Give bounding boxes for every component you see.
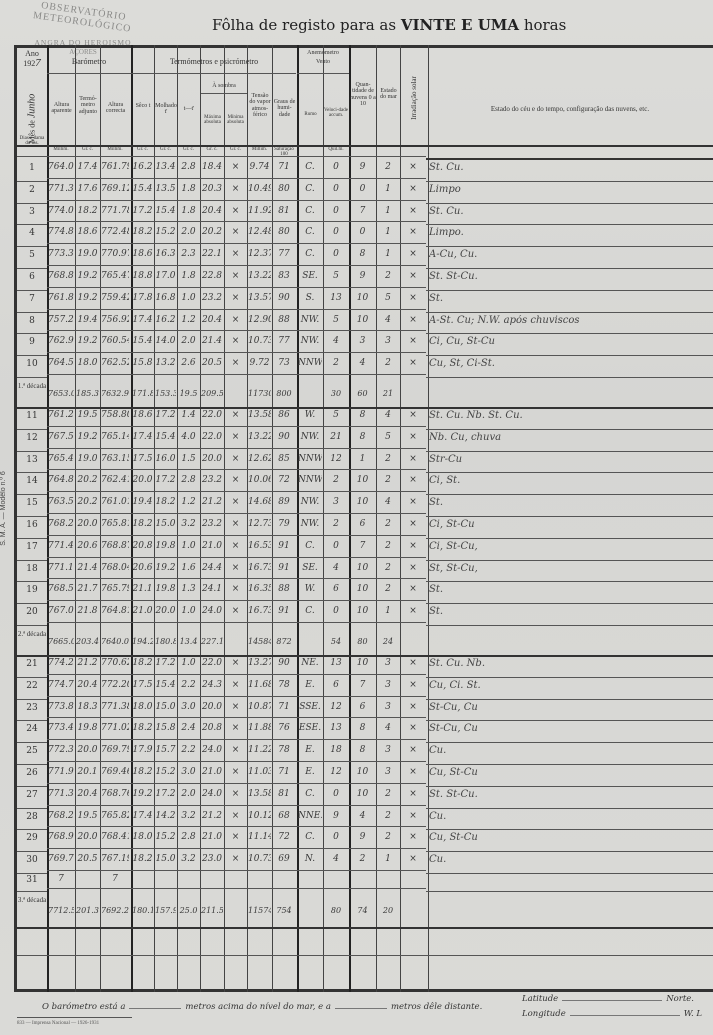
cell-irr: × — [401, 702, 425, 712]
cell-mar: 2 — [377, 832, 399, 842]
title-suffix: horas — [524, 16, 567, 34]
cell-alt-ap: 7 — [48, 874, 74, 884]
cell-term: 19.8 — [76, 723, 99, 733]
row-divider — [426, 891, 713, 892]
cell-molh: 13.2 — [155, 358, 176, 368]
cell-mar: 4 — [377, 315, 399, 325]
cell-max: 23.0 — [201, 854, 223, 864]
decade-total-tensao: 11730 — [248, 389, 271, 398]
cell-nuv: 8 — [350, 745, 375, 755]
cell-mar: 2 — [377, 541, 399, 551]
decade-total-seco: 171.8 — [132, 389, 153, 398]
day-number: 2 — [17, 185, 47, 195]
cell-nuv: 8 — [350, 410, 375, 420]
cell-alt-ap: 767.00 — [48, 606, 74, 616]
cell-dif: 1.4 — [178, 410, 199, 420]
cell-rumo: W. — [298, 584, 322, 594]
cell-rumo: E. — [298, 745, 322, 755]
days-label: Dias e dama do ins. — [18, 136, 46, 147]
cell-tensao: 11.88 — [248, 723, 271, 733]
cell-alt-ap: 762.90 — [48, 336, 74, 346]
cell-obs: Ci, St-Cu — [429, 519, 712, 530]
cell-irr: × — [401, 832, 425, 842]
day-number: 14 — [17, 476, 47, 486]
cell-term: 19.0 — [76, 249, 99, 259]
cell-mar: 4 — [377, 723, 399, 733]
cell-irr: × — [401, 271, 425, 281]
cell-alt-corr: 7 — [101, 874, 129, 884]
day-number: 10 — [17, 359, 47, 369]
day-number: 22 — [17, 681, 47, 691]
cell-molh: 17.2 — [155, 410, 176, 420]
model-code: S. M. A. — Modêlo n.º 6 — [0, 471, 7, 546]
row-divider — [426, 377, 713, 378]
cell-nuv: 4 — [350, 358, 375, 368]
cell-nuv: 10 — [350, 315, 375, 325]
cell-obs: Cu, St-Cu — [429, 832, 712, 843]
cell-hum: 88 — [273, 584, 295, 594]
cell-vel: 21 — [324, 432, 348, 442]
cell-mar: 2 — [377, 475, 399, 485]
cell-vel: 0 — [324, 606, 348, 616]
cell-min: × — [225, 658, 246, 668]
cell-vel: 5 — [324, 271, 348, 281]
cell-vel: 0 — [324, 184, 348, 194]
cell-mar: 4 — [377, 497, 399, 507]
cell-hum: 73 — [273, 358, 295, 368]
cell-term: 19.2 — [76, 293, 99, 303]
cell-seco: 15.4 — [132, 184, 153, 194]
cell-irr: × — [401, 475, 425, 485]
cell-irr: × — [401, 249, 425, 259]
cell-hum: 85 — [273, 454, 295, 464]
cell-molh: 14.2 — [155, 811, 176, 821]
cell-min: × — [225, 497, 246, 507]
cell-min: × — [225, 680, 246, 690]
cell-seco: 17.9 — [132, 745, 153, 755]
cell-hum: 78 — [273, 680, 295, 690]
cell-molh: 13.4 — [155, 162, 176, 172]
cell-min: × — [225, 811, 246, 821]
decade-total-alt-corr: 7632.9 — [101, 389, 129, 398]
cell-mar: 3 — [377, 767, 399, 777]
difference-header: t—t' — [178, 106, 200, 112]
cell-rumo: C. — [298, 606, 322, 616]
cell-alt-corr: 760.54 — [101, 336, 129, 346]
cell-hum: 79 — [273, 519, 295, 529]
cell-term: 19.5 — [76, 410, 99, 420]
decade-total-mar: 20 — [377, 906, 399, 915]
cell-hum: 72 — [273, 832, 295, 842]
cell-nuv: 1 — [350, 454, 375, 464]
cell-obs: St. — [429, 584, 712, 595]
cell-mar: 1 — [377, 249, 399, 259]
cell-nuv: 7 — [350, 206, 375, 216]
cell-dif: 1.3 — [178, 584, 199, 594]
cell-hum: 71 — [273, 162, 295, 172]
decade-total-tensao: 11574 — [248, 906, 271, 915]
cell-molh: 17.2 — [155, 789, 176, 799]
day-number: 31 — [17, 875, 47, 885]
direction-header: Rumo — [298, 112, 323, 117]
wet-header: Molhado t' — [155, 103, 177, 116]
cell-dif: 4.0 — [178, 432, 199, 442]
day-number: 4 — [17, 228, 47, 238]
cell-min: × — [225, 271, 246, 281]
decade-total-dif: 13.4 — [178, 637, 199, 646]
cell-irr: × — [401, 767, 425, 777]
cell-min: × — [225, 541, 246, 551]
cell-obs: Cu. — [429, 854, 712, 865]
cell-hum: 81 — [273, 206, 295, 216]
cell-max: 23.2 — [201, 293, 223, 303]
cell-nuv: 0 — [350, 227, 375, 237]
cell-max: 24.3 — [201, 680, 223, 690]
cell-term: 20.0 — [76, 832, 99, 842]
cell-seco: 17.4 — [132, 811, 153, 821]
cell-irr: × — [401, 206, 425, 216]
cell-seco: 17.8 — [132, 293, 153, 303]
day-number: 16 — [17, 520, 47, 530]
cell-mar: 1 — [377, 854, 399, 864]
day-number: 26 — [17, 768, 47, 778]
cell-hum: 71 — [273, 702, 295, 712]
cell-rumo: C. — [298, 541, 322, 551]
cell-mar: 3 — [377, 336, 399, 346]
cell-dif: 1.0 — [178, 606, 199, 616]
cell-term: 19.0 — [76, 454, 99, 464]
cell-nuv: 7 — [350, 680, 375, 690]
cell-max: 20.3 — [201, 184, 223, 194]
row-divider — [17, 955, 713, 956]
decade-total-hum: 754 — [273, 906, 295, 915]
cell-alt-ap: 774.05 — [48, 206, 74, 216]
humidity-header: Graus de humi-dade — [273, 99, 296, 118]
cell-term: 20.0 — [76, 745, 99, 755]
cell-max: 23.2 — [201, 519, 223, 529]
cell-min: × — [225, 315, 246, 325]
cell-tensao: 12.90 — [248, 315, 271, 325]
cell-mar: 5 — [377, 293, 399, 303]
cell-alt-corr: 769.46 — [101, 767, 129, 777]
cell-dif: 3.2 — [178, 811, 199, 821]
day-number: 12 — [17, 433, 47, 443]
cell-obs: St. — [429, 606, 712, 617]
cell-tensao: 12.48 — [248, 227, 271, 237]
day-number: 6 — [17, 272, 47, 282]
cell-molh: 16.8 — [155, 293, 176, 303]
cell-min: × — [225, 227, 246, 237]
cell-vel: 2 — [324, 358, 348, 368]
cell-min: × — [225, 584, 246, 594]
cell-vel: 9 — [324, 811, 348, 821]
decade-total-term: 203.4 — [76, 637, 99, 646]
cell-alt-ap: 774.75 — [48, 680, 74, 690]
cell-alt-ap: 768.25 — [48, 811, 74, 821]
cell-molh: 13.5 — [155, 184, 176, 194]
cell-nuv: 9 — [350, 271, 375, 281]
day-number: 19 — [17, 585, 47, 595]
cell-seco: 18.2 — [132, 723, 153, 733]
cell-hum: 91 — [273, 541, 295, 551]
cell-alt-ap: 764.80 — [48, 475, 74, 485]
unit-label: Gr. c. — [154, 147, 177, 152]
cell-alt-corr: 770.62 — [101, 658, 129, 668]
cell-alt-corr: 756.92 — [101, 315, 129, 325]
cell-obs: St-Cu, Cu — [429, 702, 712, 713]
cell-rumo: NNW. — [298, 358, 322, 368]
cell-alt-ap: 773.40 — [48, 723, 74, 733]
cell-seco: 16.2 — [132, 162, 153, 172]
cell-tensao: 16.53 — [248, 541, 271, 551]
cell-irr: × — [401, 563, 425, 573]
cell-seco: 20.8 — [132, 541, 153, 551]
cell-vel: 0 — [324, 162, 348, 172]
cell-dif: 2.0 — [178, 227, 199, 237]
cell-alt-ap: 764.00 — [48, 162, 74, 172]
cell-min: × — [225, 475, 246, 485]
cell-dif: 3.0 — [178, 702, 199, 712]
cell-tensao: 9.72 — [248, 358, 271, 368]
cell-mar: 2 — [377, 162, 399, 172]
cell-nuv: 6 — [350, 702, 375, 712]
unit-label: Millim. — [100, 147, 130, 152]
cell-min: × — [225, 358, 246, 368]
cell-alt-ap: 771.90 — [48, 767, 74, 777]
decade-total-alt-corr: 7640.0 — [101, 637, 129, 646]
row-divider — [17, 927, 713, 929]
cell-seco: 20.0 — [132, 475, 153, 485]
cell-obs: A-St. Cu; N.W. após chuviscos — [429, 315, 712, 326]
cell-rumo: SE. — [298, 563, 322, 573]
cell-obs: Cu. — [429, 811, 712, 822]
cell-alt-ap: 771.30 — [48, 789, 74, 799]
cell-rumo: SE. — [298, 271, 322, 281]
imprint: 833 — Imprensa Nacional — 1926-1931 — [17, 1021, 99, 1026]
cell-alt-corr: 771.78 — [101, 206, 129, 216]
cell-irr: × — [401, 454, 425, 464]
day-number: 25 — [17, 746, 47, 756]
cell-alt-corr: 772.20 — [101, 680, 129, 690]
cell-tensao: 11.68 — [248, 680, 271, 690]
cell-nuv: 10 — [350, 497, 375, 507]
cell-seco: 18.2 — [132, 854, 153, 864]
decade-total-dif: 25.0 — [178, 906, 199, 915]
cell-seco: 21.1 — [132, 584, 153, 594]
cell-molh: 19.8 — [155, 541, 176, 551]
day-number: 27 — [17, 790, 47, 800]
cell-vel: 5 — [324, 410, 348, 420]
cell-nuv: 10 — [350, 584, 375, 594]
cell-irr: × — [401, 789, 425, 799]
decade-label: 1.ª década — [17, 383, 47, 391]
cell-tensao: 9.74 — [248, 162, 271, 172]
cell-alt-ap: 773.80 — [48, 702, 74, 712]
cell-vel: 12 — [324, 702, 348, 712]
cell-term: 19.5 — [76, 811, 99, 821]
cell-mar: 2 — [377, 271, 399, 281]
cell-tensao: 16.73 — [248, 606, 271, 616]
cell-irr: × — [401, 162, 425, 172]
cell-nuv: 6 — [350, 519, 375, 529]
cell-hum: 80 — [273, 227, 295, 237]
cell-dif: 1.0 — [178, 293, 199, 303]
cell-max: 20.5 — [201, 358, 223, 368]
cell-alt-corr: 765.79 — [101, 584, 129, 594]
cell-max: 24.0 — [201, 789, 223, 799]
cell-rumo: C. — [298, 206, 322, 216]
cell-mar: 5 — [377, 432, 399, 442]
cell-obs: St. St-Cu. — [429, 271, 712, 282]
cell-irr: × — [401, 519, 425, 529]
cell-mar: 1 — [377, 206, 399, 216]
cell-tensao: 10.49 — [248, 184, 271, 194]
cell-max: 18.4 — [201, 162, 223, 172]
cell-min: × — [225, 336, 246, 346]
cell-nuv: 10 — [350, 563, 375, 573]
cell-hum: 83 — [273, 271, 295, 281]
cell-obs: Ci, St. — [429, 475, 712, 486]
cell-term: 18.2 — [76, 206, 99, 216]
row-divider — [17, 377, 47, 378]
cell-term: 19.2 — [76, 432, 99, 442]
cell-tensao: 13.22 — [248, 432, 271, 442]
cell-mar: 2 — [377, 789, 399, 799]
cell-rumo: NW. — [298, 497, 322, 507]
cell-vel: 2 — [324, 519, 348, 529]
day-number: 3 — [17, 207, 47, 217]
cell-term: 21.4 — [76, 563, 99, 573]
cell-dif: 1.0 — [178, 658, 199, 668]
cell-molh: 17.2 — [155, 658, 176, 668]
cell-tensao: 10.12 — [248, 811, 271, 821]
cell-alt-ap: 768.85 — [48, 271, 74, 281]
vapour-tension-header: Tensão do vapor atmos-férico — [248, 93, 272, 118]
cell-hum: 90 — [273, 658, 295, 668]
cell-molh: 19.8 — [155, 584, 176, 594]
shade-header: À sombra — [201, 83, 247, 89]
cell-alt-corr: 769.79 — [101, 745, 129, 755]
cell-tensao: 13.58 — [248, 789, 271, 799]
cell-nuv: 10 — [350, 789, 375, 799]
cell-irr: × — [401, 497, 425, 507]
cell-rumo: NW. — [298, 336, 322, 346]
cell-max: 20.0 — [201, 702, 223, 712]
cell-hum: 91 — [273, 563, 295, 573]
cell-rumo: W. — [298, 410, 322, 420]
cell-seco: 17.4 — [132, 315, 153, 325]
cell-rumo: ESE. — [298, 723, 322, 733]
corrected-height-header: Altura correcta — [101, 102, 130, 115]
cell-alt-ap: 768.20 — [48, 519, 74, 529]
cell-vel: 6 — [324, 584, 348, 594]
cell-alt-ap: 761.80 — [48, 293, 74, 303]
cell-term: 20.2 — [76, 497, 99, 507]
sky-state-header: Estado do céu e do tempo, configuração d… — [430, 106, 710, 113]
cell-seco: 18.2 — [132, 227, 153, 237]
cell-term: 21.2 — [76, 658, 99, 668]
cell-max: 22.0 — [201, 410, 223, 420]
cell-obs: Cu, St, Ci-St. — [429, 358, 712, 369]
cell-max: 22.0 — [201, 432, 223, 442]
cell-alt-ap: 774.25 — [48, 658, 74, 668]
cell-rumo: E. — [298, 767, 322, 777]
row-divider — [17, 891, 47, 892]
cell-molh: 17.0 — [155, 271, 176, 281]
cell-molh: 15.2 — [155, 832, 176, 842]
cell-irr: × — [401, 315, 425, 325]
cell-mar: 2 — [377, 811, 399, 821]
cell-vel: 0 — [324, 227, 348, 237]
unit-label: Gr. c. — [131, 147, 154, 152]
decade-total-max: 227.1 — [201, 637, 223, 646]
cell-min: × — [225, 519, 246, 529]
cell-min: × — [225, 723, 246, 733]
apparent-height-header: Altura aparente — [48, 102, 75, 115]
day-number: 8 — [17, 316, 47, 326]
cell-molh: 16.2 — [155, 315, 176, 325]
cell-min: × — [225, 745, 246, 755]
cell-tensao: 13.58 — [248, 410, 271, 420]
decade-total-nuv: 80 — [350, 637, 375, 646]
cell-molh: 18.2 — [155, 497, 176, 507]
cell-seco: 15.4 — [132, 336, 153, 346]
cell-dif: 2.8 — [178, 832, 199, 842]
cell-molh: 15.2 — [155, 767, 176, 777]
cell-molh: 15.0 — [155, 854, 176, 864]
cell-nuv: 8 — [350, 432, 375, 442]
cell-obs: St. Cu. — [429, 162, 712, 173]
cell-irr: × — [401, 811, 425, 821]
decade-total-molh: 153.3 — [155, 389, 176, 398]
cell-seco: 17.5 — [132, 454, 153, 464]
cell-obs: St. Cu. Nb. — [429, 658, 712, 669]
cell-term: 19.4 — [76, 315, 99, 325]
cell-seco: 18.2 — [132, 767, 153, 777]
cell-obs: St-Cu, Cu — [429, 723, 712, 734]
day-number: 29 — [17, 833, 47, 843]
cell-mar: 3 — [377, 745, 399, 755]
cell-min: × — [225, 249, 246, 259]
cell-tensao: 12.73 — [248, 519, 271, 529]
cell-dif: 2.3 — [178, 249, 199, 259]
cell-alt-ap: 772.30 — [48, 745, 74, 755]
cell-max: 21.2 — [201, 811, 223, 821]
cell-hum: 88 — [273, 315, 295, 325]
cell-rumo: C. — [298, 227, 322, 237]
attached-thermometer-header: Termó-metro adjunto — [76, 96, 100, 115]
cell-alt-ap: 757.20 — [48, 315, 74, 325]
title-prefix: Fôlha de registo para as — [212, 16, 396, 34]
cell-min: × — [225, 767, 246, 777]
cell-alt-ap: 768.90 — [48, 832, 74, 842]
cell-hum: 89 — [273, 497, 295, 507]
cell-alt-corr: 768.41 — [101, 832, 129, 842]
cell-molh: 15.7 — [155, 745, 176, 755]
cell-irr: × — [401, 410, 425, 420]
cell-vel: 4 — [324, 336, 348, 346]
decade-total-hum: 872 — [273, 637, 295, 646]
cell-alt-corr: 765.82 — [101, 811, 129, 821]
solar-irradiation-header: Irradiação solar — [410, 58, 418, 138]
cell-obs: Nb. Cu, chuva — [429, 432, 712, 443]
cell-irr: × — [401, 432, 425, 442]
decade-total-vel: 54 — [324, 637, 348, 646]
barometer-note: O barómetro está ametros acima do nível … — [42, 1000, 482, 1012]
cell-alt-corr: 759.42 — [101, 293, 129, 303]
cell-max: 20.0 — [201, 454, 223, 464]
decade-total-mar: 21 — [377, 389, 399, 398]
